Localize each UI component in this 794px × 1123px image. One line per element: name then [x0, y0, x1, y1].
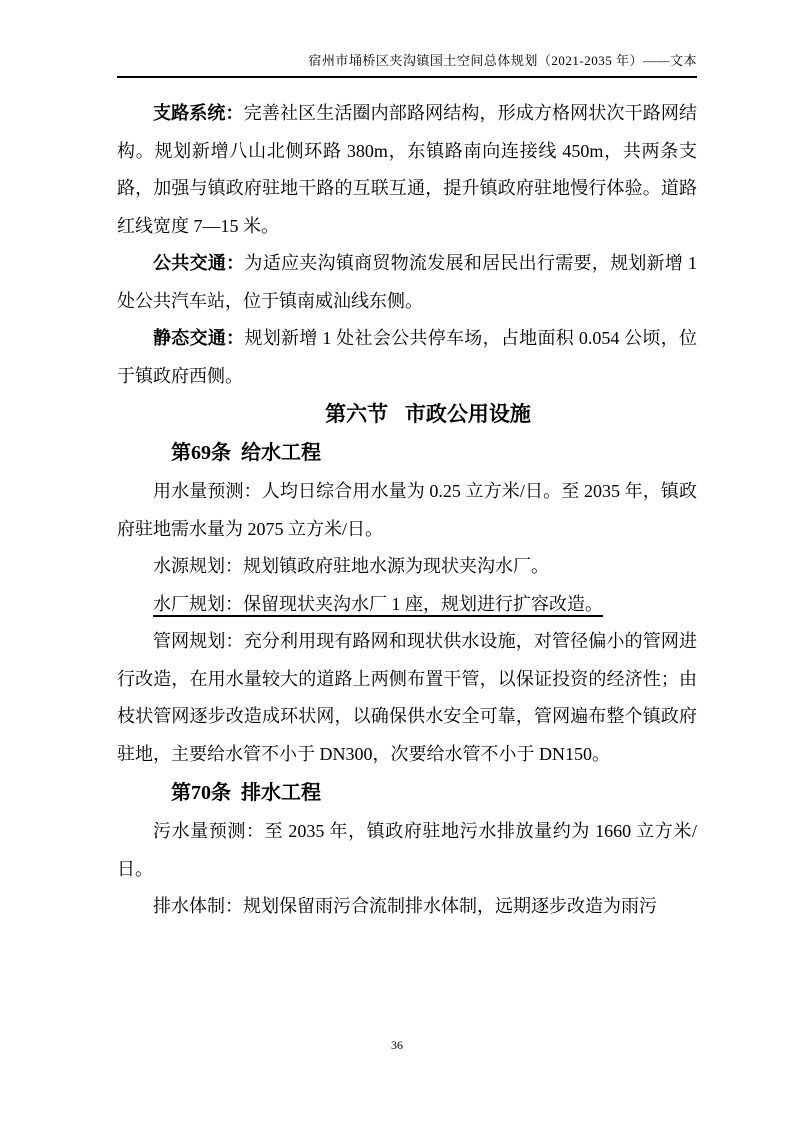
- paragraph-water-plant: 水厂规划：保留现状夹沟水厂 1 座，规划进行扩容改造。: [117, 586, 697, 624]
- section-title: 市政公用设施: [405, 402, 531, 426]
- paragraph-sewage-forecast: 污水量预测：至 2035 年，镇政府驻地污水排放量约为 1660 立方米/日。: [117, 813, 697, 888]
- page-header-title: 宿州市埇桥区夹沟镇国土空间总体规划（2021-2035 年）——文本: [308, 53, 697, 68]
- page-header: 宿州市埇桥区夹沟镇国土空间总体规划（2021-2035 年）——文本: [117, 50, 697, 78]
- paragraph-text: 排水体制：规划保留雨污合流制排水体制，远期逐步改造为雨污: [153, 896, 657, 916]
- article-heading-70: 第70条排水工程: [117, 773, 697, 813]
- paragraph-text: 污水量预测：至 2035 年，镇政府驻地污水排放量约为 1660 立方米/日。: [117, 821, 697, 879]
- paragraph-branch-road-system: 支路系统：完善社区生活圈内部路网结构，形成方格网状次干路网结构。规划新增八山北侧…: [117, 95, 697, 245]
- article-number: 第70条: [171, 782, 231, 804]
- page-number: 36: [391, 1038, 403, 1052]
- paragraph-static-traffic: 静态交通：规划新增 1 处社会公共停车场，占地面积 0.054 公顷，位于镇政府…: [117, 320, 697, 395]
- article-title: 排水工程: [241, 782, 321, 804]
- section-number: 第六节: [325, 402, 388, 426]
- paragraph-text: 用水量预测：人均日综合用水量为 0.25 立方米/日。至 2035 年，镇政府驻…: [117, 481, 697, 539]
- paragraph-lead-label: 静态交通：: [153, 328, 244, 348]
- paragraph-pipe-network: 管网规划：充分利用现有路网和现状供水设施，对管径偏小的管网进行改造，在用水量较大…: [117, 623, 697, 773]
- document-body: 支路系统：完善社区生活圈内部路网结构，形成方格网状次干路网结构。规划新增八山北侧…: [117, 95, 697, 926]
- paragraph-water-demand: 用水量预测：人均日综合用水量为 0.25 立方米/日。至 2035 年，镇政府驻…: [117, 473, 697, 548]
- article-heading-69: 第69条给水工程: [117, 433, 697, 473]
- paragraph-drainage-system: 排水体制：规划保留雨污合流制排水体制，远期逐步改造为雨污: [117, 888, 697, 926]
- document-page: 宿州市埇桥区夹沟镇国土空间总体规划（2021-2035 年）——文本 支路系统：…: [0, 0, 794, 1123]
- section-heading-6: 第六节市政公用设施: [117, 395, 697, 433]
- article-title: 给水工程: [241, 442, 321, 464]
- paragraph-lead-label: 支路系统：: [153, 103, 244, 123]
- paragraph-public-transit: 公共交通：为适应夹沟镇商贸物流发展和居民出行需要，规划新增 1 处公共汽车站，位…: [117, 245, 697, 320]
- paragraph-text: 管网规划：充分利用现有路网和现状供水设施，对管径偏小的管网进行改造，在用水量较大…: [117, 631, 697, 764]
- paragraph-text: 水源规划：规划镇政府驻地水源为现状夹沟水厂。: [153, 556, 549, 576]
- paragraph-text-underlined: 水厂规划：保留现状夹沟水厂 1 座，规划进行扩容改造。: [153, 594, 603, 614]
- paragraph-water-source: 水源规划：规划镇政府驻地水源为现状夹沟水厂。: [117, 548, 697, 586]
- page-footer: 36: [0, 1038, 794, 1053]
- paragraph-lead-label: 公共交通：: [153, 253, 244, 273]
- article-number: 第69条: [171, 442, 231, 464]
